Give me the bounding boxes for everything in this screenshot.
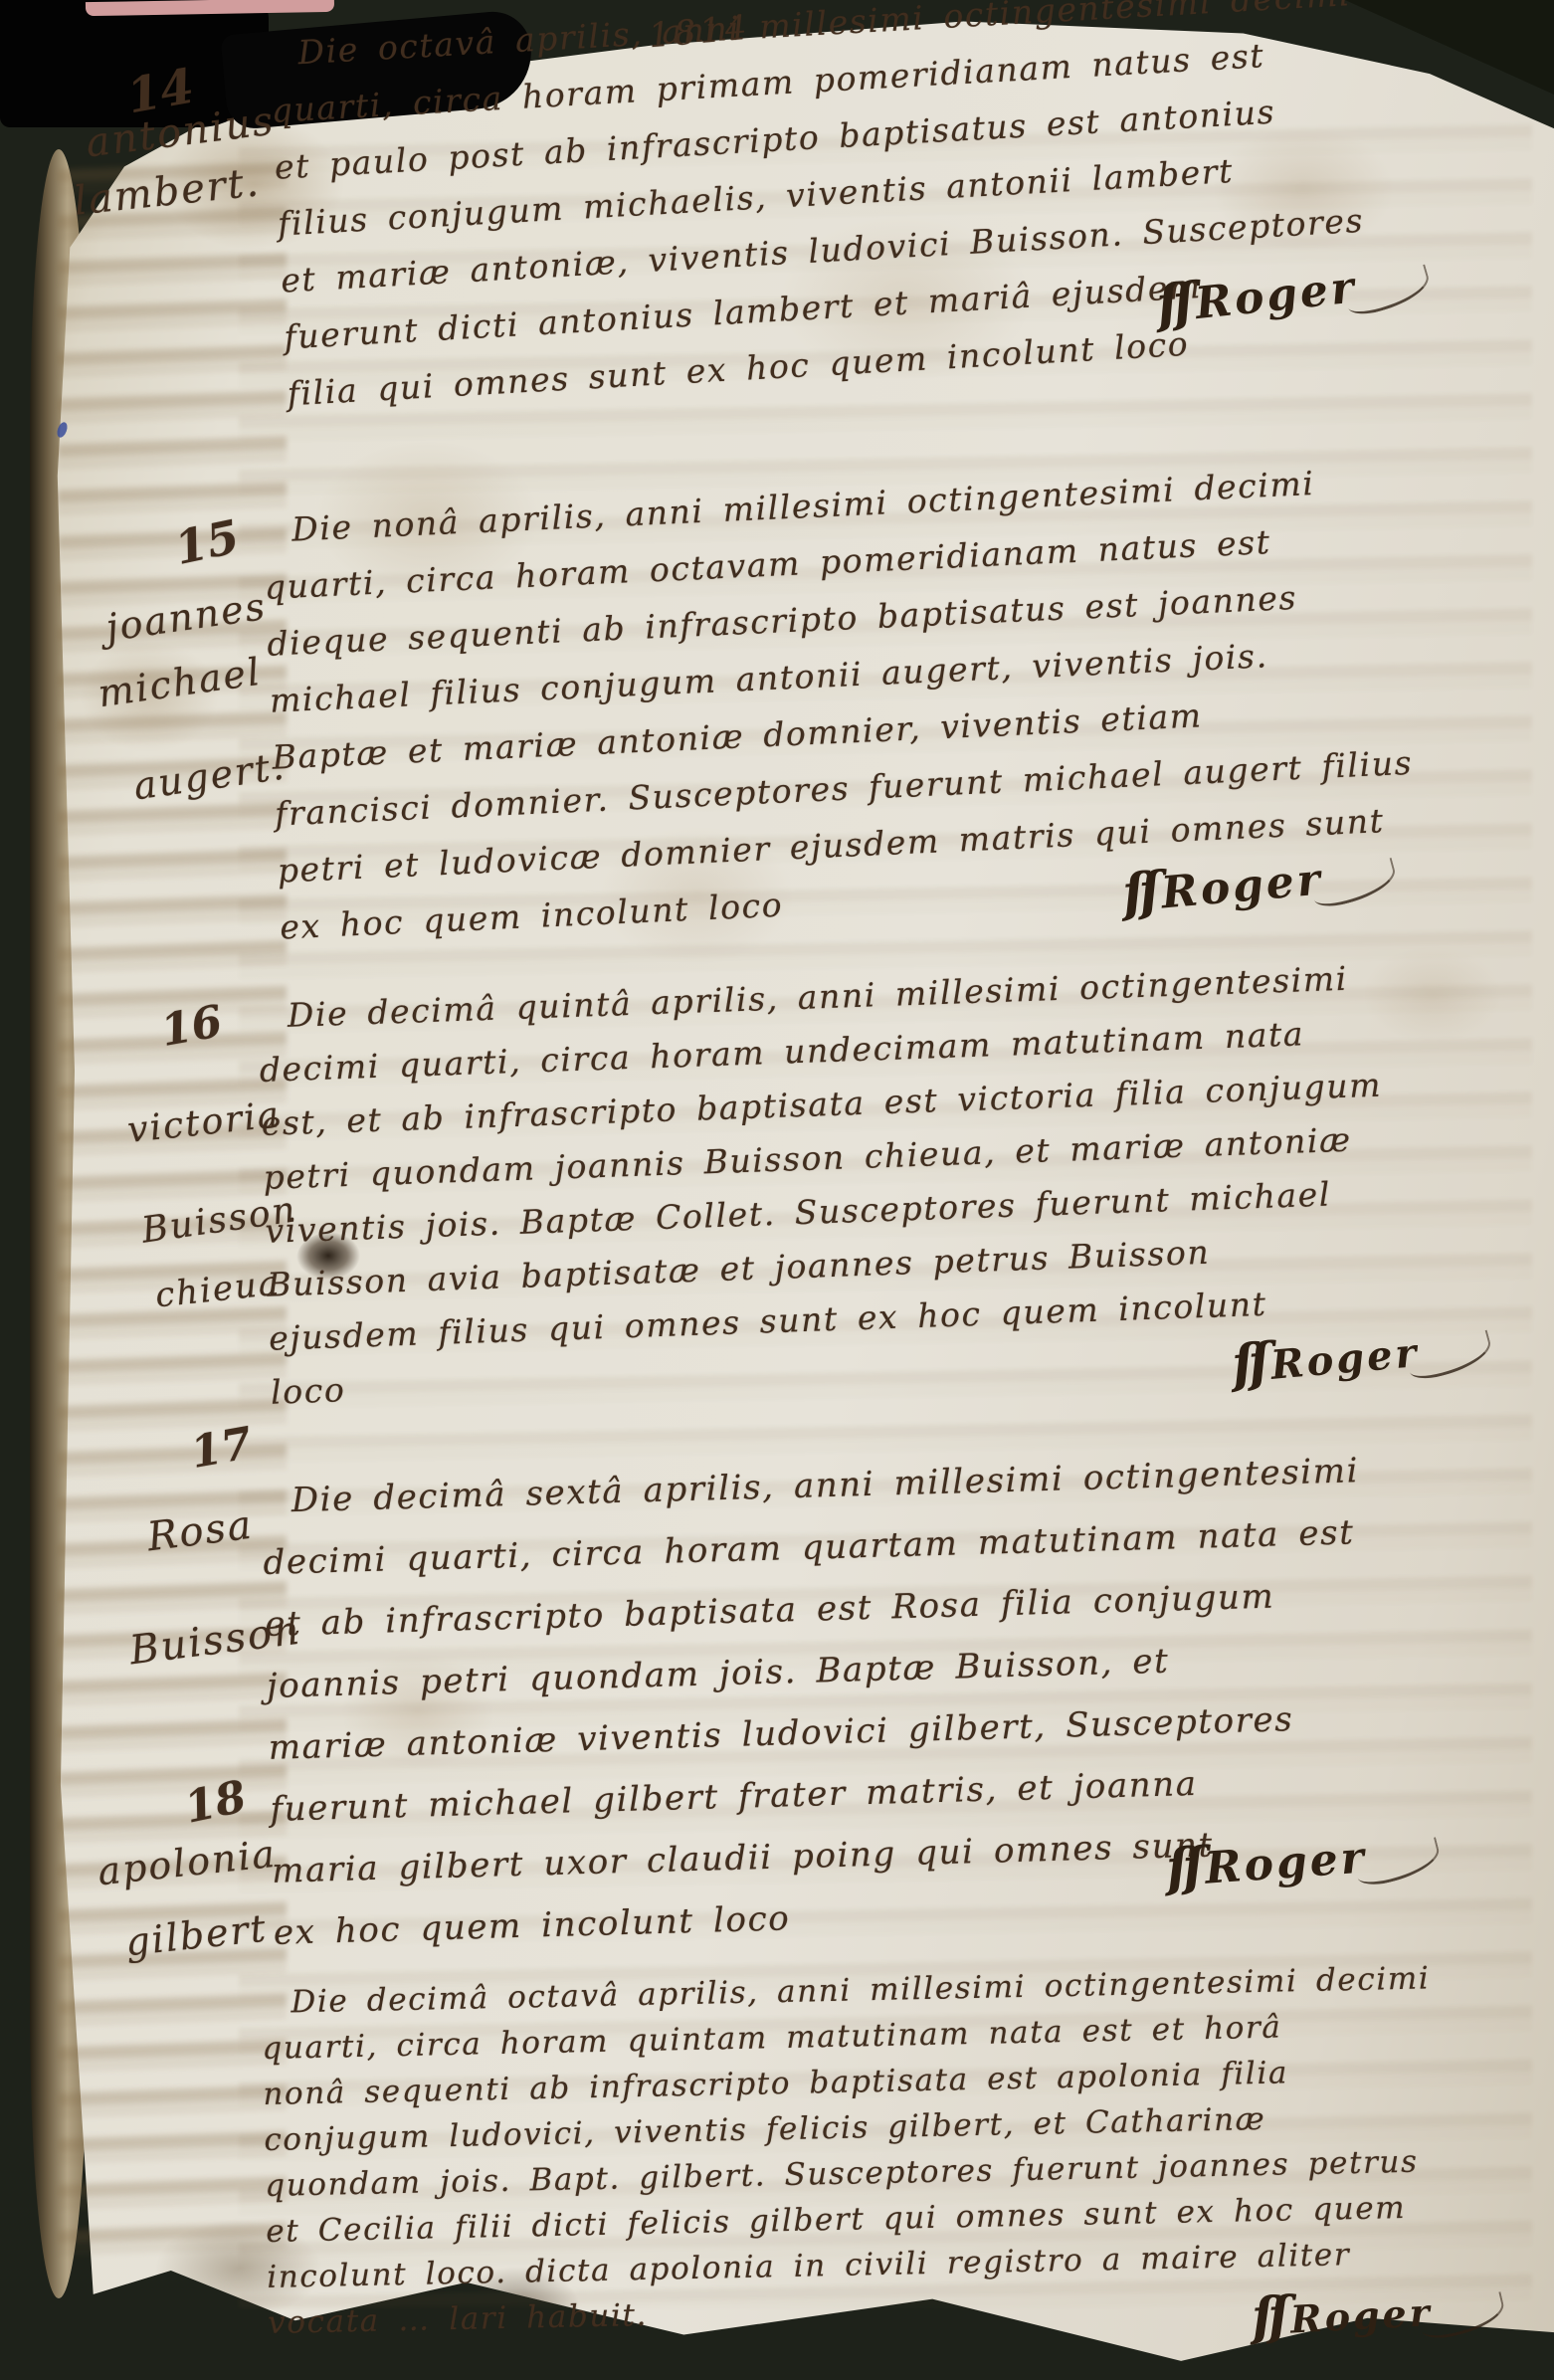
priest-signature: Roger <box>1251 2274 1505 2347</box>
entry-number: 17 <box>187 1418 256 1479</box>
page-edge-sliver <box>86 0 334 16</box>
entry-text: Die octavâ aprilis, anni millesimi octin… <box>267 0 1554 422</box>
entry-number: 16 <box>157 996 226 1057</box>
